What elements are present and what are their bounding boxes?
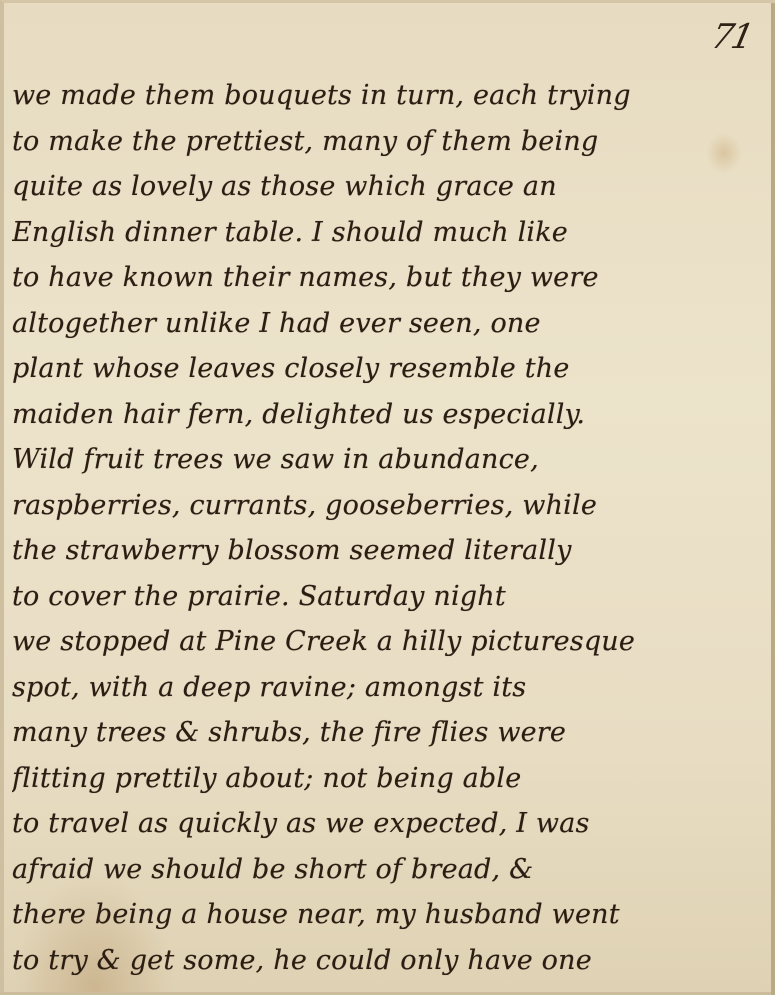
text-line: maiden hair fern, delighted us especiall… [12,392,774,438]
text-line: to travel as quickly as we expected, I w… [12,801,774,847]
text-line: there being a house near, my husband wen… [12,892,774,938]
text-line: the strawberry blossom seemed literally [12,528,774,574]
text-line: afraid we should be short of bread, & [12,847,774,893]
text-line: we stopped at Pine Creek a hilly picture… [12,619,774,665]
text-line: Wild fruit trees we saw in abundance, [12,437,774,483]
page-number: 71 [708,17,756,57]
text-line: altogether unlike I had ever seen, one [12,301,774,347]
text-line: flitting prettily about; not being able [12,756,774,802]
text-line: English dinner table. I should much like [12,210,774,256]
text-line: spot, with a deep ravine; amongst its [12,665,774,711]
text-line: many trees & shrubs, the fire flies were [12,710,774,756]
text-line: to try & get some, he could only have on… [12,938,774,984]
text-line: to make the prettiest, many of them bein… [12,119,774,165]
text-line: to have known their names, but they were [12,255,774,301]
text-line: to cover the prairie. Saturday night [12,574,774,620]
text-line: plant whose leaves closely resemble the [12,346,774,392]
text-line: quite as lovely as those which grace an [12,164,774,210]
manuscript-page: 71 we made them bouquets in turn, each t… [0,0,775,992]
handwritten-text-body: we made them bouquets in turn, each tryi… [12,73,774,983]
text-line: raspberries, currants, gooseberries, whi… [12,483,774,529]
text-line: we made them bouquets in turn, each tryi… [12,73,774,119]
